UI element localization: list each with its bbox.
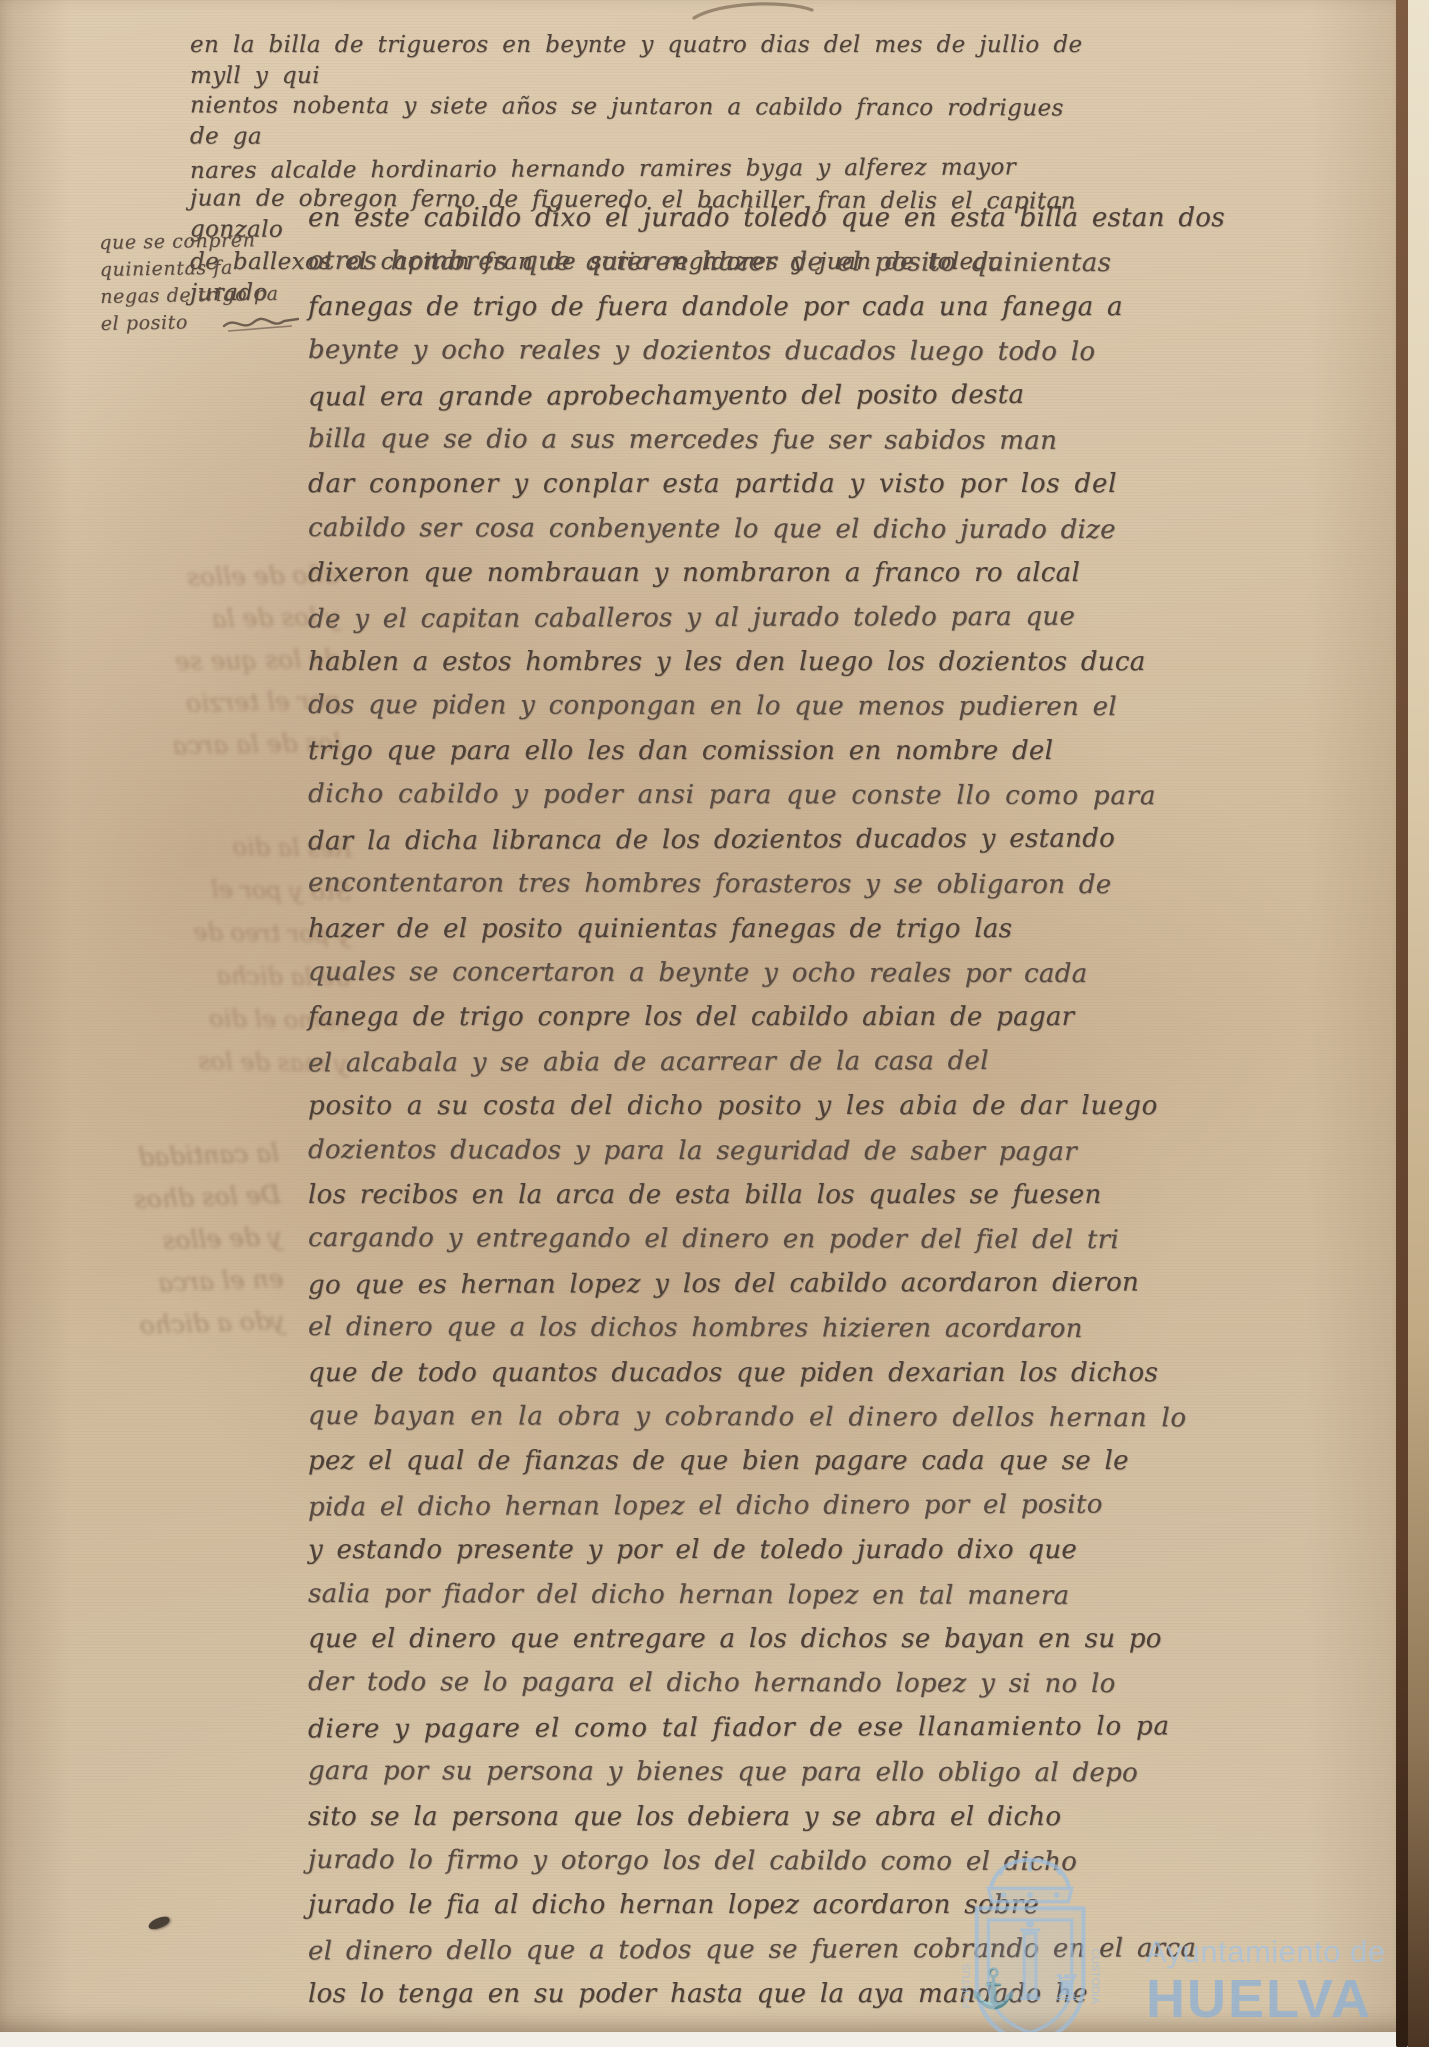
manuscript-line: hablen a estos hombres y les den luego l… [308, 640, 1094, 684]
manuscript-line: en el arca [53, 1258, 284, 1308]
manuscript-line: dar la dicha libranca de los dozientos d… [308, 816, 1094, 863]
manuscript-line: hazer de el posito quinientas fanegas de… [308, 907, 1094, 951]
manuscript-line: otros hombres que quieren hazer de el po… [308, 239, 1094, 285]
manuscript-line: y los de la [119, 596, 340, 642]
manuscript-line: jurado le fia al dicho hernan lopez acor… [308, 1883, 1094, 1927]
manuscript-line: pez el qual de fianzas de que bien pagar… [308, 1439, 1094, 1483]
manuscript-line: der todo se lo pagara el dicho hernando … [308, 1660, 1094, 1706]
manuscript-line: dozientos ducados y para la seguridad de… [308, 1128, 1094, 1174]
manuscript-line: que bayan en la obra y cobrando el diner… [308, 1394, 1094, 1440]
manuscript-line: la cantidad [48, 1132, 279, 1182]
next-page-sliver [1408, 0, 1429, 2047]
manuscript-line: y estando presente y por el de toledo ju… [308, 1528, 1094, 1572]
manuscript-line: nares alcalde hordinario hernando ramire… [190, 152, 1090, 187]
manuscript-page: año de ellosy los de lade los que sepor … [0, 0, 1406, 2032]
manuscript-line: cabildo ser cosa conbenyente lo que el d… [308, 506, 1094, 552]
manuscript-line: gara por su persona y bienes que para el… [308, 1749, 1094, 1795]
manuscript-line: los lo tenga en su poder hasta que la ay… [308, 1972, 1094, 2016]
manuscript-line: dixeron que nombrauan y nombraron a fran… [308, 551, 1094, 595]
manuscript-line: quinientas fa [100, 253, 325, 284]
manuscript-line: año de ellos [118, 554, 339, 600]
manuscript-line: el alcabala y se abia de acarrear de la … [308, 1038, 1094, 1085]
bleedthrough-text-lower: la cantidadDe los dhosy de ellosen el ar… [48, 1132, 285, 1350]
page-edge [1396, 0, 1408, 2047]
manuscript-line: billa que se dio a sus mercedes fue ser … [308, 417, 1094, 463]
watermark-org-name: HUELVA [1146, 1968, 1406, 2030]
ink-blot [147, 1915, 171, 1931]
manuscript-line: que se conpren [99, 226, 324, 257]
manuscript-line: jurado lo firmo y otorgo los del cabildo… [308, 1838, 1094, 1884]
manuscript-line: De los dhos [50, 1174, 281, 1224]
manuscript-line: dicho cabildo y poder ansi para que cons… [308, 772, 1094, 818]
manuscript-line: que de todo quantos ducados que piden de… [308, 1351, 1094, 1395]
act-body-text: en este cabildo dixo el jurado toledo qu… [308, 196, 1094, 2017]
manuscript-line: dos que piden y conpongan en lo que meno… [308, 683, 1094, 729]
manuscript-line: quales se concertaron a beynte y ocho re… [308, 950, 1094, 996]
manuscript-line: posito a su costa del dicho posito y les… [308, 1084, 1094, 1128]
manuscript-line: de y el capitan caballeros y al jurado t… [308, 594, 1094, 641]
manuscript-line: cargando y entregando el dinero en poder… [308, 1216, 1094, 1262]
manuscript-line: negas de trigo pa [100, 280, 325, 311]
manuscript-line: el dinero dello que a todos que se fuere… [308, 1926, 1094, 1973]
manuscript-line: dar conponer y conplar esta partida y vi… [308, 462, 1094, 506]
manuscript-line: fanegas de trigo de fuera dandole por ca… [308, 285, 1094, 329]
manuscript-line: pida el dicho hernan lopez el dicho dine… [308, 1482, 1094, 1529]
manuscript-line: que el dinero que entregare a los dichos… [308, 1617, 1094, 1661]
scan-background [0, 2032, 1406, 2047]
manuscript-line: go que es hernan lopez y los del cabildo… [308, 1260, 1094, 1307]
manuscript-line: diere y pagare el como tal fiador de ese… [308, 1704, 1094, 1751]
manuscript-line: trigo que para ello les dan comission en… [308, 729, 1094, 773]
manuscript-line: en este cabildo dixo el jurado toledo qu… [308, 196, 1094, 240]
manuscript-line: salia por fiador del dicho hernan lopez … [308, 1572, 1094, 1618]
manuscript-line: sito se la persona que los debiera y se … [308, 1795, 1094, 1839]
manuscript-line: los recibos en la arca de esta billa los… [308, 1173, 1094, 1217]
manuscript-line: el dinero que a los dichos hombres hizie… [308, 1305, 1094, 1351]
manuscript-line: nientos nobenta y siete años se juntaron… [190, 90, 1090, 155]
manuscript-line: y de ellos [51, 1216, 282, 1266]
manuscript-line: qual era grande aprobechamyento del posi… [308, 372, 1094, 419]
manuscript-line: encontentaron tres hombres forasteros y … [308, 861, 1094, 907]
manuscript-line: ydo a dicho [54, 1300, 285, 1350]
manuscript-line: fanega de trigo conpre los del cabildo a… [308, 995, 1094, 1039]
manuscript-line: beynte y ocho reales y dozientos ducados… [308, 328, 1094, 374]
rubric-flourish-icon [222, 312, 302, 334]
manuscript-line: en la billa de trigueros en beynte y qua… [190, 30, 1090, 92]
top-flourish-mark [690, 0, 820, 24]
